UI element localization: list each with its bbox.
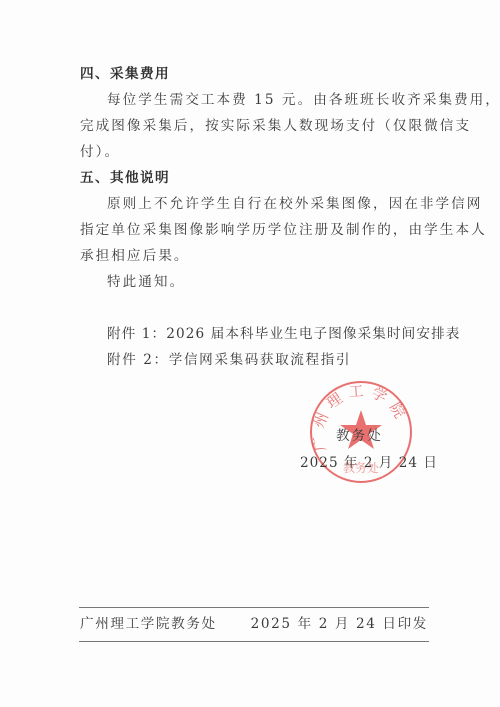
- signature-date: 2025 年 2 月 24 日: [300, 453, 438, 473]
- footer-bottom-rule: [79, 641, 429, 642]
- footer-issuer: 广州理工学院教务处: [80, 614, 217, 634]
- attachment-2: 附件 2：学信网采集码获取流程指引: [107, 350, 453, 370]
- attachment-1: 附件 1：2026 届本科毕业生电子图像采集时间安排表: [107, 324, 453, 344]
- section-5-paragraph-line-3: 承担相应后果。: [80, 246, 426, 266]
- closing-text: 特此通知。: [107, 272, 453, 292]
- section-4-heading: 四、采集费用: [80, 64, 426, 84]
- document-page: 四、采集费用 每位学生需交工本费 15 元。由各班班长收齐采集费用， 完成图像采…: [0, 0, 500, 707]
- footer-issue-date: 2025 年 2 月 24 日印发: [251, 614, 428, 634]
- section-5-heading: 五、其他说明: [80, 168, 426, 188]
- section-4-paragraph-line-3: 付）。: [80, 142, 426, 162]
- section-5-paragraph-line-1: 原则上不允许学生自行在校外采集图像，因在非学信网: [107, 194, 453, 214]
- section-4-paragraph-line-2: 完成图像采集后，按实际采集人数现场支付（仅限微信支: [80, 116, 426, 136]
- section-4-paragraph-line-1: 每位学生需交工本费 15 元。由各班班长收齐采集费用，: [107, 90, 453, 110]
- section-5-paragraph-line-2: 指定单位采集图像影响学历学位注册及制作的，由学生本人: [80, 220, 426, 240]
- signature-office: 教务处: [336, 426, 383, 446]
- footer-top-rule: [79, 607, 429, 608]
